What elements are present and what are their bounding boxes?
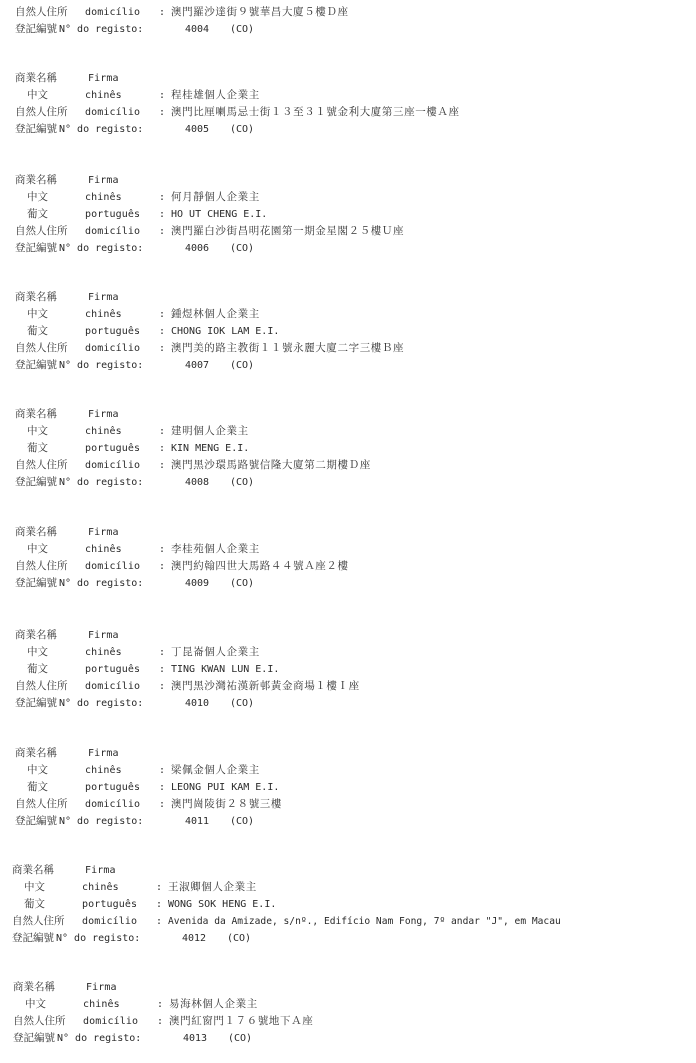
colon: : xyxy=(159,558,165,575)
chines-label-zh: 中文 xyxy=(27,87,48,104)
portugues-label-zh: 葡文 xyxy=(27,206,48,223)
registo-suffix: (CO) xyxy=(227,930,251,947)
chines-label-zh: 中文 xyxy=(27,762,48,779)
domicilio-label-pt: domicílio xyxy=(82,913,137,930)
domicilio-label-pt: domicílio xyxy=(85,796,140,813)
registo-suffix: (CO) xyxy=(230,813,254,830)
registo-label-zh: 登記編號 xyxy=(15,474,57,491)
firma-label-zh: 商業名稱 xyxy=(15,406,57,423)
portugues-label-zh: 葡文 xyxy=(27,323,48,340)
domicilio-value: 澳門紅窗門１７６號地下Ａ座 xyxy=(169,1013,313,1030)
domicilio-label-pt: domicílio xyxy=(85,104,140,121)
chines-value: 王淑卿個人企業主 xyxy=(168,879,257,896)
portugues-value: HO UT CHENG E.I. xyxy=(171,206,267,223)
portugues-value: LEONG PUI KAM E.I. xyxy=(171,779,279,796)
colon: : xyxy=(159,87,165,104)
portugues-label-pt: português xyxy=(85,206,140,223)
portugues-value: KIN MENG E.I. xyxy=(171,440,249,457)
registo-number: 4006 xyxy=(185,240,209,257)
registo-number: 4008 xyxy=(185,474,209,491)
registo-number: 4013 xyxy=(183,1030,207,1047)
chines-label-zh: 中文 xyxy=(27,541,48,558)
firma-label-pt: Firma xyxy=(88,406,119,423)
chines-value: 易海林個人企業主 xyxy=(169,996,258,1013)
colon: : xyxy=(159,4,165,21)
colon: : xyxy=(156,896,162,913)
firma-label-zh: 商業名稱 xyxy=(15,745,57,762)
domicilio-label-pt: domicílio xyxy=(85,340,140,357)
domicilio-label-zh: 自然人住所 xyxy=(15,678,68,695)
portugues-label-pt: português xyxy=(85,323,140,340)
firma-label-zh: 商業名稱 xyxy=(13,979,55,996)
domicilio-value: 澳門羅沙達街９號華昌大廈５樓Ｄ座 xyxy=(171,4,349,21)
chines-label-pt: chinês xyxy=(85,541,122,558)
registo-label-zh: 登記編號 xyxy=(15,121,57,138)
domicilio-label-pt: domicílio xyxy=(85,223,140,240)
domicilio-label-pt: domicílio xyxy=(85,4,140,21)
chines-label-pt: chinês xyxy=(85,644,122,661)
chines-label-pt: chinês xyxy=(82,879,119,896)
colon: : xyxy=(159,661,165,678)
colon: : xyxy=(159,440,165,457)
colon: : xyxy=(159,779,165,796)
chines-value: 李桂苑個人企業主 xyxy=(171,541,260,558)
colon: : xyxy=(159,189,165,206)
domicilio-label-pt: domicílio xyxy=(85,558,140,575)
registo-number: 4009 xyxy=(185,575,209,592)
registo-number: 4010 xyxy=(185,695,209,712)
registo-label-zh: 登記編號 xyxy=(15,357,57,374)
registo-label-zh: 登記編號 xyxy=(15,695,57,712)
registo-suffix: (CO) xyxy=(230,695,254,712)
colon: : xyxy=(159,796,165,813)
registo-suffix: (CO) xyxy=(230,121,254,138)
registo-label-pt: N° do registo: xyxy=(59,695,143,712)
domicilio-value: 澳門黑沙灣祐漢新邨黃金商場１樓Ｉ座 xyxy=(171,678,360,695)
domicilio-label-zh: 自然人住所 xyxy=(12,913,65,930)
registo-label-zh: 登記編號 xyxy=(15,21,57,38)
registo-number: 4005 xyxy=(185,121,209,138)
firma-label-pt: Firma xyxy=(86,979,117,996)
chines-label-pt: chinês xyxy=(85,189,122,206)
portugues-label-pt: português xyxy=(85,779,140,796)
colon: : xyxy=(159,306,165,323)
chines-label-pt: chinês xyxy=(85,423,122,440)
portugues-label-zh: 葡文 xyxy=(24,896,45,913)
registo-suffix: (CO) xyxy=(230,474,254,491)
portugues-value: WONG SOK HENG E.I. xyxy=(168,896,276,913)
chines-value: 程桂雄個人企業主 xyxy=(171,87,260,104)
domicilio-value: Avenida da Amizade, s/nº., Edifício Nam … xyxy=(168,913,561,930)
domicilio-value: 澳門崗陵街２８號三樓 xyxy=(171,796,282,813)
registo-suffix: (CO) xyxy=(228,1030,252,1047)
domicilio-value: 澳門黑沙環馬路號信隆大廈第二期樓Ｄ座 xyxy=(171,457,371,474)
registo-label-pt: N° do registo: xyxy=(59,474,143,491)
registo-suffix: (CO) xyxy=(230,357,254,374)
domicilio-label-pt: domicílio xyxy=(83,1013,138,1030)
colon: : xyxy=(159,644,165,661)
firma-label-pt: Firma xyxy=(88,524,119,541)
registo-label-pt: N° do registo: xyxy=(59,575,143,592)
colon: : xyxy=(159,340,165,357)
domicilio-label-zh: 自然人住所 xyxy=(15,558,68,575)
colon: : xyxy=(159,223,165,240)
chines-value: 何月靜個人企業主 xyxy=(171,189,260,206)
registo-label-zh: 登記編號 xyxy=(15,240,57,257)
registo-label-pt: N° do registo: xyxy=(59,240,143,257)
firma-label-pt: Firma xyxy=(88,172,119,189)
registo-label-pt: N° do registo: xyxy=(59,357,143,374)
registo-number: 4012 xyxy=(182,930,206,947)
firma-label-pt: Firma xyxy=(88,627,119,644)
firma-label-zh: 商業名稱 xyxy=(15,70,57,87)
portugues-label-zh: 葡文 xyxy=(27,779,48,796)
colon: : xyxy=(159,678,165,695)
firma-label-zh: 商業名稱 xyxy=(15,172,57,189)
chines-value: 丁昆崙個人企業主 xyxy=(171,644,260,661)
colon: : xyxy=(159,762,165,779)
registo-number: 4011 xyxy=(185,813,209,830)
chines-value: 梁佩金個人企業主 xyxy=(171,762,260,779)
colon: : xyxy=(157,996,163,1013)
chines-label-zh: 中文 xyxy=(27,644,48,661)
registo-number: 4007 xyxy=(185,357,209,374)
chines-label-zh: 中文 xyxy=(27,423,48,440)
domicilio-label-zh: 自然人住所 xyxy=(13,1013,66,1030)
chines-label-pt: chinês xyxy=(85,762,122,779)
chines-label-zh: 中文 xyxy=(27,306,48,323)
registo-suffix: (CO) xyxy=(230,240,254,257)
registo-label-zh: 登記編號 xyxy=(12,930,54,947)
domicilio-label-pt: domicílio xyxy=(85,678,140,695)
colon: : xyxy=(159,323,165,340)
chines-label-zh: 中文 xyxy=(27,189,48,206)
portugues-label-zh: 葡文 xyxy=(27,440,48,457)
domicilio-label-zh: 自然人住所 xyxy=(15,340,68,357)
colon: : xyxy=(159,104,165,121)
firma-label-zh: 商業名稱 xyxy=(15,627,57,644)
chines-label-zh: 中文 xyxy=(24,879,45,896)
registo-label-pt: N° do registo: xyxy=(57,1030,141,1047)
domicilio-label-pt: domicílio xyxy=(85,457,140,474)
portugues-value: CHONG IOK LAM E.I. xyxy=(171,323,279,340)
firma-label-pt: Firma xyxy=(88,745,119,762)
registo-label-zh: 登記編號 xyxy=(15,813,57,830)
registo-number: 4004 xyxy=(185,21,209,38)
firma-label-zh: 商業名稱 xyxy=(12,862,54,879)
domicilio-value: 澳門美的路主教街１１號永麗大廈二字三樓Ｂ座 xyxy=(171,340,404,357)
domicilio-label-zh: 自然人住所 xyxy=(15,223,68,240)
chines-value: 建明個人企業主 xyxy=(171,423,249,440)
chines-label-pt: chinês xyxy=(85,87,122,104)
colon: : xyxy=(159,206,165,223)
domicilio-label-zh: 自然人住所 xyxy=(15,104,68,121)
domicilio-value: 澳門羅白沙街昌明花園第一期金星閣２５樓Ｕ座 xyxy=(171,223,404,240)
domicilio-value: 澳門比厘喇馬忌士街１３至３１號金利大廈第三座一樓Ａ座 xyxy=(171,104,460,121)
registo-label-pt: N° do registo: xyxy=(59,21,143,38)
colon: : xyxy=(156,913,162,930)
firma-label-pt: Firma xyxy=(88,289,119,306)
chines-label-zh: 中文 xyxy=(25,996,46,1013)
portugues-label-pt: português xyxy=(85,661,140,678)
registo-label-pt: N° do registo: xyxy=(56,930,140,947)
registo-label-pt: N° do registo: xyxy=(59,813,143,830)
portugues-label-zh: 葡文 xyxy=(27,661,48,678)
portugues-label-pt: português xyxy=(82,896,137,913)
portugues-label-pt: português xyxy=(85,440,140,457)
registo-label-zh: 登記編號 xyxy=(15,575,57,592)
portugues-value: TING KWAN LUN E.I. xyxy=(171,661,279,678)
domicilio-value: 澳門約翰四世大馬路４４號Ａ座２樓 xyxy=(171,558,349,575)
domicilio-label-zh: 自然人住所 xyxy=(15,796,68,813)
registo-label-pt: N° do registo: xyxy=(59,121,143,138)
firma-label-zh: 商業名稱 xyxy=(15,524,57,541)
colon: : xyxy=(159,541,165,558)
firma-label-zh: 商業名稱 xyxy=(15,289,57,306)
firma-label-pt: Firma xyxy=(88,70,119,87)
colon: : xyxy=(159,457,165,474)
domicilio-label-zh: 自然人住所 xyxy=(15,457,68,474)
registo-suffix: (CO) xyxy=(230,575,254,592)
colon: : xyxy=(156,879,162,896)
domicilio-label-zh: 自然人住所 xyxy=(15,4,68,21)
registo-label-zh: 登記編號 xyxy=(13,1030,55,1047)
chines-label-pt: chinês xyxy=(85,306,122,323)
chines-label-pt: chinês xyxy=(83,996,120,1013)
firma-label-pt: Firma xyxy=(85,862,116,879)
colon: : xyxy=(157,1013,163,1030)
registo-suffix: (CO) xyxy=(230,21,254,38)
document-page: 自然人住所 domicílio : 澳門羅沙達街９號華昌大廈５樓Ｄ座 登記編號 … xyxy=(0,0,696,1063)
colon: : xyxy=(159,423,165,440)
chines-value: 鍾煜林個人企業主 xyxy=(171,306,260,323)
